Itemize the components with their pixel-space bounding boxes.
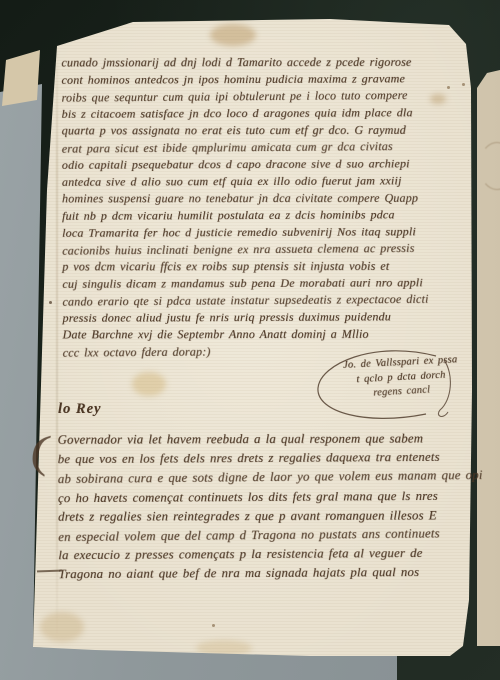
manuscript-line: bis z citacoem satisface jn dco loco d a… (62, 104, 462, 123)
manuscript-line: cunado jmssionarij ad dnj lodi d Tamarit… (61, 54, 461, 72)
manuscript-line: p vos dcm vicariu ffcis ex roibs sup pte… (62, 258, 462, 276)
manuscript-line: Governador via let havem reebuda a la qu… (58, 429, 466, 450)
ink-bleed-arc (479, 142, 500, 190)
manuscript-line: antedca sive d alio suo cum etf quia ex … (62, 172, 462, 191)
paper-stain (132, 372, 166, 396)
paper-stain (210, 24, 256, 46)
manuscript-line: erat para sicut est ibide qmplurimu amic… (62, 137, 462, 157)
manuscript-photo: cunado jmssionarij ad dnj lodi d Tamarit… (0, 0, 500, 680)
manuscript-line: fuit nb p dcm vicariu humilit postulata … (62, 206, 462, 225)
lo-rey-heading: lo Rey (58, 401, 101, 418)
catalan-letter-block: Governador via let havem reebuda a la qu… (58, 429, 467, 585)
manuscript-line: roibs que sequntur cum quia ipi obtuleru… (61, 86, 461, 106)
manuscript-line: Tragona no aiant que bef de nra ma signa… (58, 563, 466, 585)
manuscript-line: cacionibs huius inclinati benigne ex nra… (62, 239, 462, 259)
ink-speck (462, 83, 465, 86)
manuscript-line: la execucio z presses començats p la res… (58, 544, 466, 566)
manuscript-line: odio capitali psequebatur dcos d capo dr… (62, 155, 462, 174)
latin-letter-block: cunado jmssionarij ad dnj lodi d Tamarit… (61, 53, 462, 361)
manuscript-line: en especial volem que del camp d Tragona… (58, 524, 466, 547)
manuscript-line: homines suspensi guare no tenebatur jn d… (62, 190, 462, 208)
ink-speck (212, 624, 215, 627)
manuscript-line: cando erario qte si pdca ustate instatur… (62, 290, 462, 310)
chancery-signature: Jo. de Vallsspari ex pssat qclo p dcta d… (335, 353, 467, 403)
paper-stain (40, 612, 84, 642)
manuscript-line: quarta p vos assignata no erat eis tuto … (62, 122, 462, 140)
manuscript-line: pressis donec aliud justu fe nris uriq p… (62, 308, 462, 327)
manuscript-line: Date Barchne xvj die Septembr Anno Anatt… (63, 326, 463, 344)
margin-dot-mark (49, 301, 52, 304)
manuscript-line: ço ho havets començat continuets los dit… (58, 486, 466, 508)
